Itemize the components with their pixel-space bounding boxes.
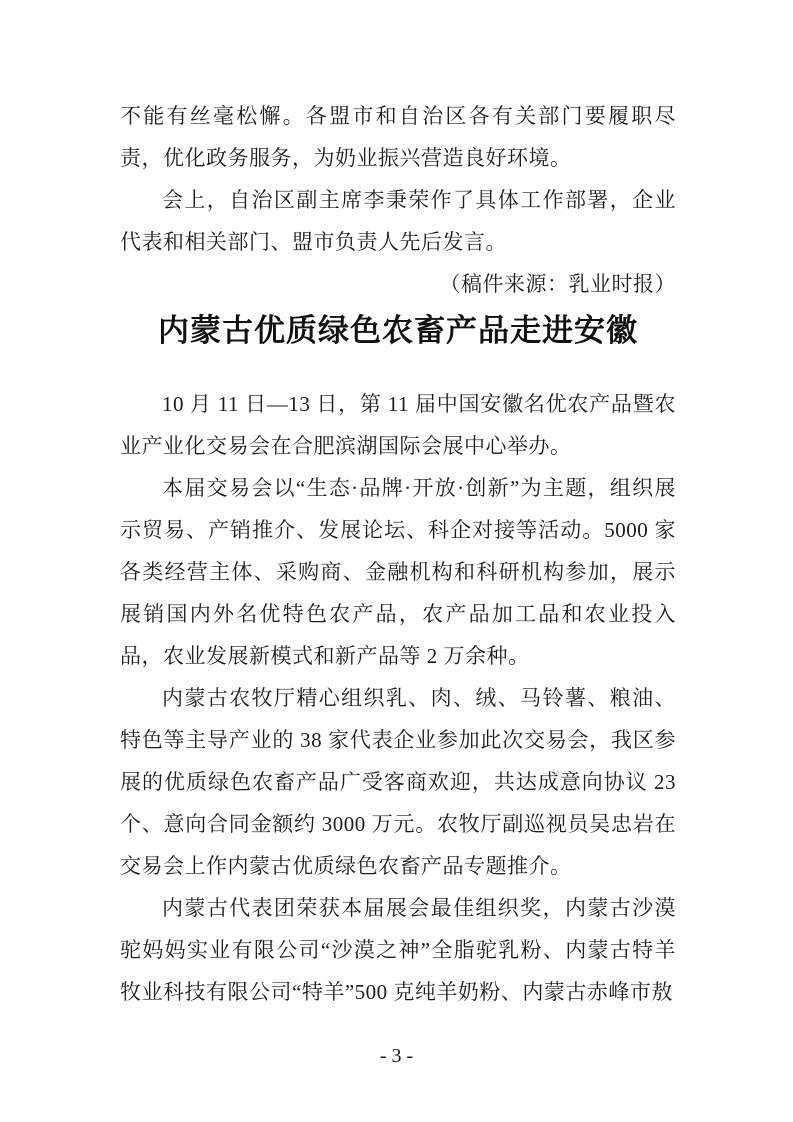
source-attribution: （稿件来源：乳业时报） <box>120 263 676 305</box>
paragraph-continuation: 不能有丝毫松懈。各盟市和自治区各有关部门要履职尽责，优化政务服务，为奶业振兴营造… <box>120 95 676 179</box>
paragraph-meeting-remarks: 会上，自治区副主席李秉荣作了具体工作部署，企业代表和相关部门、盟市负责人先后发言… <box>120 179 676 263</box>
document-page: 不能有丝毫松懈。各盟市和自治区各有关部门要履职尽责，优化政务服务，为奶业振兴营造… <box>0 0 793 1122</box>
paragraph-delegation-results: 内蒙古农牧厅精心组织乳、肉、绒、马铃薯、粮油、特色等主导产业的 38 家代表企业… <box>120 677 676 887</box>
paragraph-event-dates: 10 月 11 日—13 日，第 11 届中国安徽名优农产品暨农业产业化交易会在… <box>120 383 676 467</box>
article-title: 内蒙古优质绿色农畜产品走进安徽 <box>120 309 676 353</box>
paragraph-awards-cutoff: 内蒙古代表团荣获本届展会最佳组织奖，内蒙古沙漠驼妈妈实业有限公司“沙漠之神”全脂… <box>120 887 676 1013</box>
page-number: - 3 - <box>0 1042 793 1070</box>
paragraph-event-theme: 本届交易会以“生态·品牌·开放·创新”为主题，组织展示贸易、产销推介、发展论坛、… <box>120 467 676 677</box>
page-content: 不能有丝毫松懈。各盟市和自治区各有关部门要履职尽责，优化政务服务，为奶业振兴营造… <box>120 95 676 1013</box>
